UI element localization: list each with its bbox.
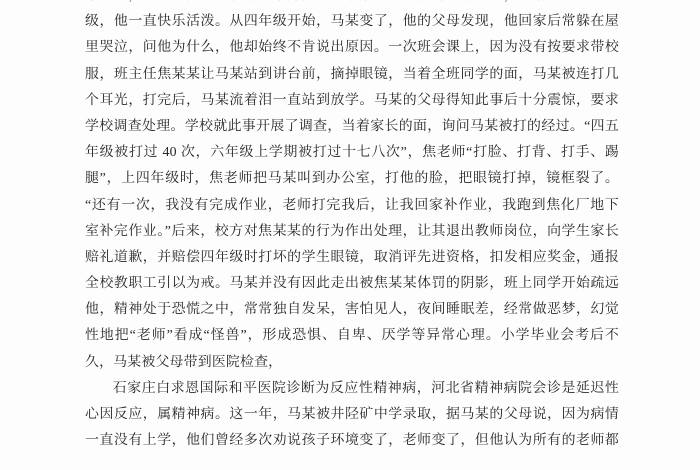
text-line: 腿”，上四年级时，焦老师把马某叫到办公室，打他的脸，把眼镜打掉，镜框裂了。	[85, 166, 619, 192]
text-line: 个耳光，打完后，马某流着泪一直站到放学。马某的父母得知此事后十分震惊，要求	[85, 88, 619, 114]
text-line: 久，马某被父母带到医院检查，	[85, 350, 619, 376]
text-line: 全校教职工引以为戒。马某并没有因此走出被焦某某体罚的阴影，班上同学开始疏远	[85, 271, 619, 297]
text-line-clipped: 据调查，马某是河北省石家庄市井陉矿区某小学六年级的一名学生，在小学一至三年	[85, 0, 619, 9]
text-line: 石家庄白求恩国际和平医院诊断为反应性精神病，河北省精神病院会诊是延迟性	[85, 376, 619, 402]
text-line: 服，班主任焦某某让马某站到讲台前，摘掉眼镜，当着全班同学的面，马某被连打几	[85, 62, 619, 88]
text-line: 赔礼道歉，并赔偿四年级时打坏的学生眼镜，取消评先进资格，扣发相应奖金，通报	[85, 245, 619, 271]
text-line: 他，精神处于恐慌之中，常常独自发呆，害怕见人，夜间睡眠差，经常做恶梦，幻觉	[85, 297, 619, 323]
text-line: 里哭泣，问他为什么，他却始终不肯说出原因。一次班会课上，因为没有按要求带校	[85, 35, 619, 61]
document-page: 据调查，马某是河北省石家庄市井陉矿区某小学六年级的一名学生，在小学一至三年级，他…	[85, 0, 619, 454]
text-line: 一直没有上学，他们曾经多次劝说孩子环境变了，老师变了，但他认为所有的老师都	[85, 428, 619, 454]
text-line: 心因反应，属精神病。这一年，马某被井陉矿中学录取，据马某的父母说，因为病情	[85, 402, 619, 428]
text-line: 室补完作业。”后来，校方对焦某某的行为作出处理，让其退出教师岗位，向学生家长	[85, 219, 619, 245]
text-line: “还有一次，我没有完成作业，老师打完我后，让我回家补作业，我跑到焦化厂地下	[85, 193, 619, 219]
text-line: 级，他一直快乐活泼。从四年级开始，马某变了，他的父母发现，他回家后常躲在屋	[85, 9, 619, 35]
text-line: 学校调查处理。学校就此事开展了调查，当着家长的面，询问马某被打的经过。“四五	[85, 114, 619, 140]
text-line: 性地把“老师”看成“怪兽”，形成恐惧、自卑、厌学等异常心理。小学毕业会考后不	[85, 323, 619, 349]
text-line: 年级被打过 40 次，六年级上学期被打过十七八次”，焦老师“打脸、打背、打手、踢	[85, 140, 619, 166]
